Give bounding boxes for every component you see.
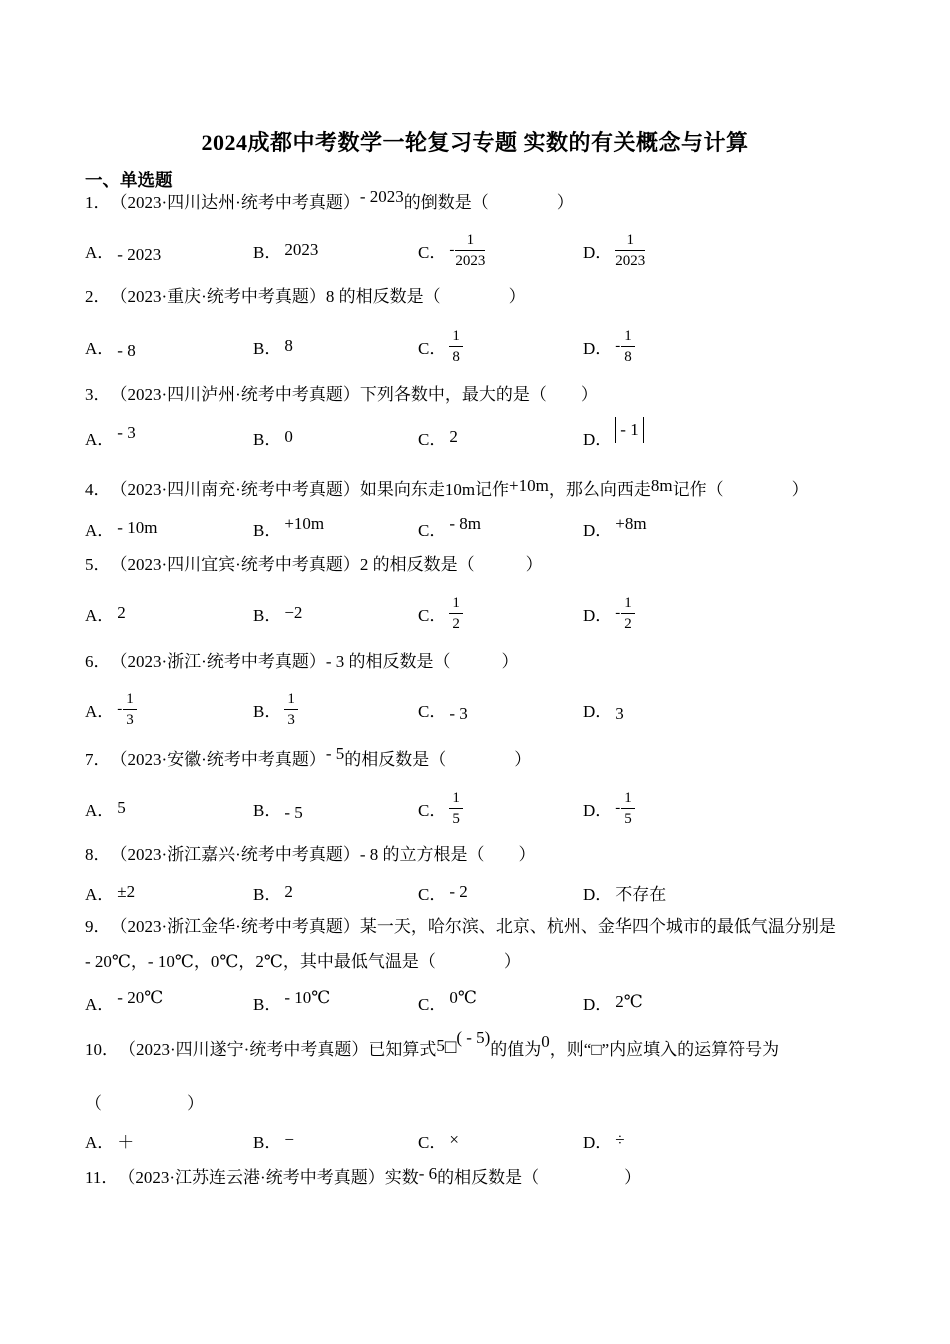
- text-run: ±2: [117, 882, 135, 902]
- fraction-numerator: 1: [621, 327, 635, 347]
- options-row: A．＋B．−C．×D．÷: [85, 1128, 885, 1152]
- math-expression: - 2023: [117, 245, 161, 265]
- fraction-numerator: 1: [123, 690, 137, 710]
- option-a: A．- 8: [85, 323, 136, 369]
- fraction-numerator: 1: [449, 327, 463, 347]
- text-run: 8: [284, 336, 293, 356]
- option-label: D．: [583, 796, 612, 821]
- text-run: 的相反数是（ ）: [437, 1168, 641, 1187]
- text-run: ，那么向西走: [549, 480, 651, 499]
- fraction-numerator: 1: [455, 231, 485, 251]
- option-label: B．: [253, 425, 281, 450]
- question-number: 8．: [85, 843, 111, 867]
- question-number: 1．: [85, 191, 111, 215]
- option-label: D．: [583, 1128, 612, 1153]
- option-c: C．2: [418, 425, 458, 449]
- text-run: - 2: [449, 882, 467, 902]
- option-b: B．+10m: [253, 516, 324, 540]
- math-expression: -: [615, 338, 620, 355]
- text-run: ÷: [615, 1130, 624, 1150]
- option-label: A．: [85, 425, 114, 450]
- question-number: 7．: [85, 748, 111, 772]
- text-run: 的相反数是（ ）: [344, 750, 531, 769]
- option-label: C．: [418, 697, 446, 722]
- option-a: A．-13: [85, 686, 137, 732]
- option-c: C．12: [418, 590, 463, 636]
- option-c: C．- 2: [418, 880, 468, 904]
- math-expression: -: [449, 242, 454, 259]
- option-label: D．: [583, 601, 612, 626]
- question-stem: 10．（2023·四川遂宁·统考中考真题）已知算式5□( - 5)的值为0，则“…: [85, 1038, 779, 1062]
- option-a: A．- 3: [85, 425, 136, 449]
- text-run: - 10m: [117, 518, 157, 538]
- text-run: （2023·江苏连云港·统考中考真题）实数: [118, 1168, 418, 1187]
- fraction-denominator: 2: [449, 614, 463, 633]
- option-label: B．: [253, 990, 281, 1015]
- question-stem: 7．（2023·安徽·统考中考真题）- 5的相反数是（ ）: [85, 748, 531, 772]
- option-b: B．13: [253, 686, 298, 732]
- option-b: B．2: [253, 880, 293, 904]
- question-number: 6．: [85, 650, 111, 674]
- text-run: （2023·重庆·统考中考真题）8 的相反数是（ ）: [111, 287, 526, 306]
- fraction-numerator: 1: [621, 594, 635, 614]
- option-label: D．: [583, 880, 612, 905]
- math-expression: - 20℃: [117, 988, 163, 1008]
- fraction: 12: [449, 594, 463, 633]
- fraction-denominator: 8: [621, 347, 635, 366]
- option-label: D．: [583, 697, 612, 722]
- option-label: D．: [583, 238, 612, 263]
- text-run: 2: [117, 603, 126, 623]
- question-stem: 9．（2023·浙江金华·统考中考真题）某一天，哈尔滨、北京、杭州、金华四个城市…: [85, 915, 836, 939]
- option-d: D．-18: [583, 323, 635, 369]
- options-row: A．2B．−2C．12D．-12: [85, 590, 885, 636]
- text-run: （2023·四川达州·统考中考真题）: [111, 193, 360, 212]
- options-row: A．- 2023B．2023C．-12023D．12023: [85, 227, 885, 273]
- option-label: B．: [253, 880, 281, 905]
- question-stem: 3．（2023·四川泸州·统考中考真题）下列各数中，最大的是（ ）: [85, 383, 598, 407]
- math-expression: -: [117, 701, 122, 718]
- option-d: D．3: [583, 686, 624, 732]
- document-page: 2024成都中考数学一轮复习专题 实数的有关概念与计算 一、单选题 1．（202…: [0, 0, 950, 1344]
- fraction-denominator: 5: [621, 809, 635, 828]
- fraction-numerator: 1: [449, 594, 463, 614]
- option-label: D．: [583, 990, 612, 1015]
- option-b: B．- 5: [253, 785, 303, 831]
- question-stem-continued: - 20℃，- 10℃，0℃，2℃，其中最低气温是（ ）: [85, 950, 521, 974]
- fraction-denominator: 5: [449, 809, 463, 828]
- options-row: A．- 20℃B．- 10℃C．0℃D．2℃: [85, 990, 885, 1014]
- fraction: 15: [621, 789, 635, 828]
- math-expression: - 5: [284, 803, 302, 823]
- option-d: D．12023: [583, 227, 645, 273]
- question-number: 11．: [85, 1166, 118, 1190]
- option-label: C．: [418, 880, 446, 905]
- options-row: A．-13B．13C．- 3D．3: [85, 686, 885, 732]
- math-expression: 8m: [651, 476, 673, 495]
- option-c: C．0℃: [418, 990, 477, 1014]
- option-label: D．: [583, 425, 612, 450]
- text-run: 0: [284, 427, 293, 447]
- question-stem: 4．（2023·四川南充·统考中考真题）如果向东走10m记作+10m，那么向西走…: [85, 478, 809, 502]
- option-a: A．＋: [85, 1128, 134, 1152]
- fraction: 13: [123, 690, 137, 729]
- text-run: 的值为: [490, 1040, 541, 1059]
- option-d: D．不存在: [583, 880, 666, 904]
- text-run: （2023·四川遂宁·统考中考真题）已知算式: [119, 1040, 436, 1059]
- text-run: - 20℃，- 10℃，0℃，2℃，其中最低气温是（ ）: [85, 952, 521, 971]
- math-expression: 0: [541, 1032, 550, 1051]
- option-label: C．: [418, 990, 446, 1015]
- option-label: A．: [85, 516, 114, 541]
- text-run: （2023·浙江金华·统考中考真题）某一天，哈尔滨、北京、杭州、金华四个城市的最…: [111, 917, 836, 936]
- fraction-denominator: 2023: [615, 251, 645, 270]
- option-label: C．: [418, 334, 446, 359]
- question-stem: 6．（2023·浙江·统考中考真题）- 3 的相反数是（ ）: [85, 650, 518, 674]
- text-run: 2: [449, 427, 458, 447]
- option-label: A．: [85, 1128, 114, 1153]
- fraction: 15: [449, 789, 463, 828]
- fraction: 18: [449, 327, 463, 366]
- text-run: ＋: [117, 1128, 134, 1153]
- option-a: A．5: [85, 785, 126, 831]
- option-label: B．: [253, 1128, 281, 1153]
- option-label: A．: [85, 880, 114, 905]
- option-label: A．: [85, 238, 114, 263]
- option-d: D．+8m: [583, 516, 647, 540]
- text-run: （2023·浙江嘉兴·统考中考真题）- 8 的立方根是（ ）: [111, 845, 536, 864]
- option-label: D．: [583, 516, 612, 541]
- option-a: A．±2: [85, 880, 135, 904]
- text-run: −2: [284, 603, 302, 623]
- option-label: A．: [85, 990, 114, 1015]
- option-d: D．- 1: [583, 425, 644, 449]
- question-number: 2．: [85, 285, 111, 309]
- option-label: C．: [418, 1128, 446, 1153]
- option-c: C．×: [418, 1128, 459, 1152]
- fraction: 12: [621, 594, 635, 633]
- fraction-numerator: 1: [621, 789, 635, 809]
- option-d: D．2℃: [583, 990, 643, 1014]
- text-run: （2023·浙江·统考中考真题）- 3 的相反数是（ ）: [111, 652, 519, 671]
- fraction-numerator: 1: [449, 789, 463, 809]
- math-expression: +10m: [284, 514, 324, 534]
- math-expression: ( - 5): [456, 1028, 490, 1047]
- option-d: D．-15: [583, 785, 635, 831]
- fraction-denominator: 8: [449, 347, 463, 366]
- option-label: B．: [253, 334, 281, 359]
- question-stem: 11．（2023·江苏连云港·统考中考真题）实数- 6的相反数是（ ）: [85, 1166, 641, 1190]
- option-a: A．- 20℃: [85, 990, 163, 1014]
- math-expression: +10m: [509, 476, 549, 495]
- option-label: B．: [253, 516, 281, 541]
- option-label: B．: [253, 238, 281, 263]
- option-label: A．: [85, 796, 114, 821]
- math-expression: - 3: [117, 423, 135, 443]
- text-run: （2023·四川宜宾·统考中考真题）2 的相反数是（ ）: [111, 555, 543, 574]
- options-row: A．- 10mB．+10mC．- 8mD．+8m: [85, 516, 885, 540]
- fraction: 13: [284, 690, 298, 729]
- text-run: ×: [449, 1130, 459, 1150]
- option-label: C．: [418, 601, 446, 626]
- math-expression: -: [615, 800, 620, 817]
- math-expression: - 5: [326, 744, 344, 763]
- text-run: 2℃: [615, 992, 643, 1012]
- options-row: A．- 3B．0C．2D．- 1: [85, 425, 885, 449]
- question-stem-continued: （ ）: [85, 1092, 204, 1116]
- question-number: 5．: [85, 553, 111, 577]
- option-d: D．÷: [583, 1128, 625, 1152]
- option-label: A．: [85, 697, 114, 722]
- math-expression: -: [615, 605, 620, 622]
- option-label: A．: [85, 601, 114, 626]
- fraction-numerator: 1: [284, 690, 298, 710]
- question-number: 10．: [85, 1038, 119, 1062]
- question-stem: 2．（2023·重庆·统考中考真题）8 的相反数是（ ）: [85, 285, 526, 309]
- option-c: C．-12023: [418, 227, 485, 273]
- math-expression: +8m: [615, 514, 646, 534]
- option-label: B．: [253, 796, 281, 821]
- option-c: C．- 8m: [418, 516, 481, 540]
- math-expression: 5: [436, 1036, 445, 1055]
- option-a: A．- 10m: [85, 516, 157, 540]
- options-row: A．±2B．2C．- 2D．不存在: [85, 880, 885, 904]
- fraction-denominator: 3: [284, 710, 298, 729]
- text-run: （2023·四川南充·统考中考真题）如果向东走10m记作: [111, 480, 510, 499]
- math-expression: - 2023: [360, 187, 404, 206]
- math-expression: - 3: [449, 704, 467, 724]
- option-label: C．: [418, 796, 446, 821]
- option-b: B．2023: [253, 227, 318, 273]
- question-number: 3．: [85, 383, 111, 407]
- text-run: ，则“□”内应填入的运算符号为: [550, 1040, 779, 1059]
- option-d: D．-12: [583, 590, 635, 636]
- math-expression: □: [445, 1037, 456, 1058]
- text-run: 5: [117, 798, 126, 818]
- math-expression: - 10℃: [284, 988, 330, 1008]
- fraction-denominator: 2: [621, 614, 635, 633]
- text-run: −: [284, 1130, 294, 1150]
- option-c: C．15: [418, 785, 463, 831]
- option-b: B．−2: [253, 590, 302, 636]
- text-run: 2: [284, 882, 293, 902]
- document-title: 2024成都中考数学一轮复习专题 实数的有关概念与计算: [0, 126, 950, 157]
- math-expression: 3: [615, 704, 624, 724]
- question-stem: 5．（2023·四川宜宾·统考中考真题）2 的相反数是（ ）: [85, 553, 543, 577]
- text-run: 2023: [284, 240, 318, 260]
- fraction-denominator: 2023: [455, 251, 485, 270]
- absolute-value: - 1: [615, 417, 643, 443]
- option-c: C．18: [418, 323, 463, 369]
- fraction: 12023: [615, 231, 645, 270]
- option-label: A．: [85, 334, 114, 359]
- option-b: B．- 10℃: [253, 990, 330, 1014]
- options-row: A．5B．- 5C．15D．-15: [85, 785, 885, 831]
- text-run: 记作（ ）: [673, 480, 809, 499]
- text-run: 的倒数是（ ）: [404, 193, 574, 212]
- option-c: C．- 3: [418, 686, 468, 732]
- text-run: 不存在: [615, 880, 666, 905]
- option-b: B．0: [253, 425, 293, 449]
- options-row: A．- 8B．8C．18D．-18: [85, 323, 885, 369]
- option-label: C．: [418, 238, 446, 263]
- math-expression: 0℃: [449, 988, 477, 1008]
- fraction: 12023: [455, 231, 485, 270]
- option-b: B．8: [253, 323, 293, 369]
- option-label: C．: [418, 425, 446, 450]
- text-run: （2023·安徽·统考中考真题）: [111, 750, 326, 769]
- question-stem: 8．（2023·浙江嘉兴·统考中考真题）- 8 的立方根是（ ）: [85, 843, 535, 867]
- option-label: B．: [253, 697, 281, 722]
- fraction-numerator: 1: [615, 231, 645, 251]
- text-run: （ ）: [85, 1094, 204, 1113]
- question-stem: 1．（2023·四川达州·统考中考真题）- 2023的倒数是（ ）: [85, 191, 574, 215]
- text-run: （2023·四川泸州·统考中考真题）下列各数中，最大的是（ ）: [111, 385, 598, 404]
- option-label: D．: [583, 334, 612, 359]
- math-expression: - 8m: [449, 514, 481, 534]
- option-a: A．2: [85, 590, 126, 636]
- section-heading: 一、单选题: [85, 167, 173, 192]
- math-expression: - 6: [419, 1164, 437, 1183]
- question-number: 9．: [85, 915, 111, 939]
- option-b: B．−: [253, 1128, 294, 1152]
- option-label: C．: [418, 516, 446, 541]
- fraction-denominator: 3: [123, 710, 137, 729]
- option-a: A．- 2023: [85, 227, 161, 273]
- math-expression: - 8: [117, 341, 135, 361]
- question-number: 4．: [85, 478, 111, 502]
- option-label: B．: [253, 601, 281, 626]
- fraction: 18: [621, 327, 635, 366]
